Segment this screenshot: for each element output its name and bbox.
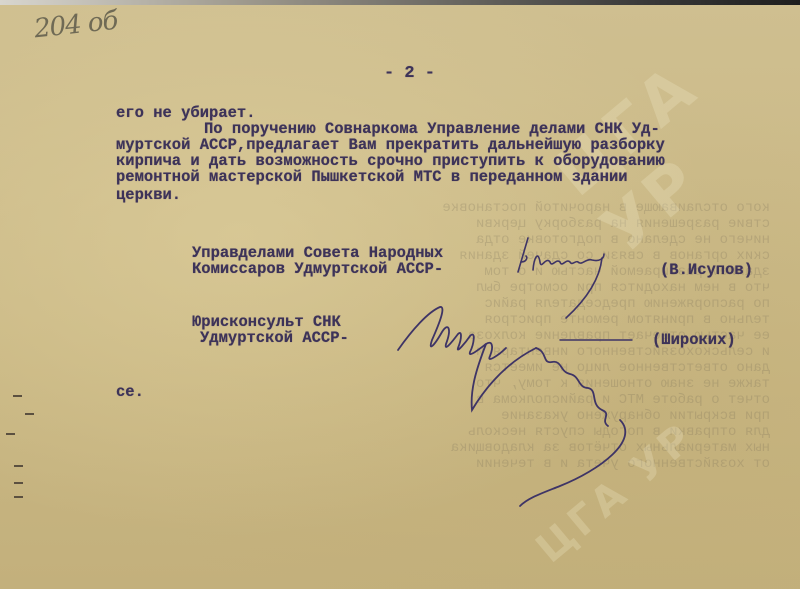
signatory-title: Удмуртской АССР- [200,330,349,346]
margin-mark [14,465,23,467]
margin-mark [14,496,23,498]
signatory-title: Юрисконсульт СНК [192,314,341,330]
scan-top-edge [0,0,800,5]
body-line: кирпича и дать возможность срочно присту… [116,153,665,169]
page-number: - 2 - [384,66,435,82]
signatory-title: Управделами Совета Народных [192,245,443,261]
archive-folio-number: 204 об [33,6,119,45]
margin-mark [13,395,22,397]
body-line: По поручению Совнаркома Управление делам… [204,121,669,137]
signatory-name: (Широких) [652,332,736,348]
margin-mark [25,413,34,415]
signatory-title: Комиссаров Удмуртской АССР- [192,261,443,277]
body-line: ремонтной мастерской Пышкетской МТС в пе… [116,169,628,185]
margin-mark [14,482,23,484]
body-line: его не убирает. [116,105,256,121]
typist-initials: се. [116,384,144,400]
signatory-name: (В.Исупов) [660,262,753,278]
body-line: муртской АССР,предлагает Вам прекратить … [116,137,665,153]
margin-mark [6,433,15,435]
document-page: кого отслаивающе в нарочитой постановке … [0,0,800,589]
body-line: церкви. [116,187,181,203]
